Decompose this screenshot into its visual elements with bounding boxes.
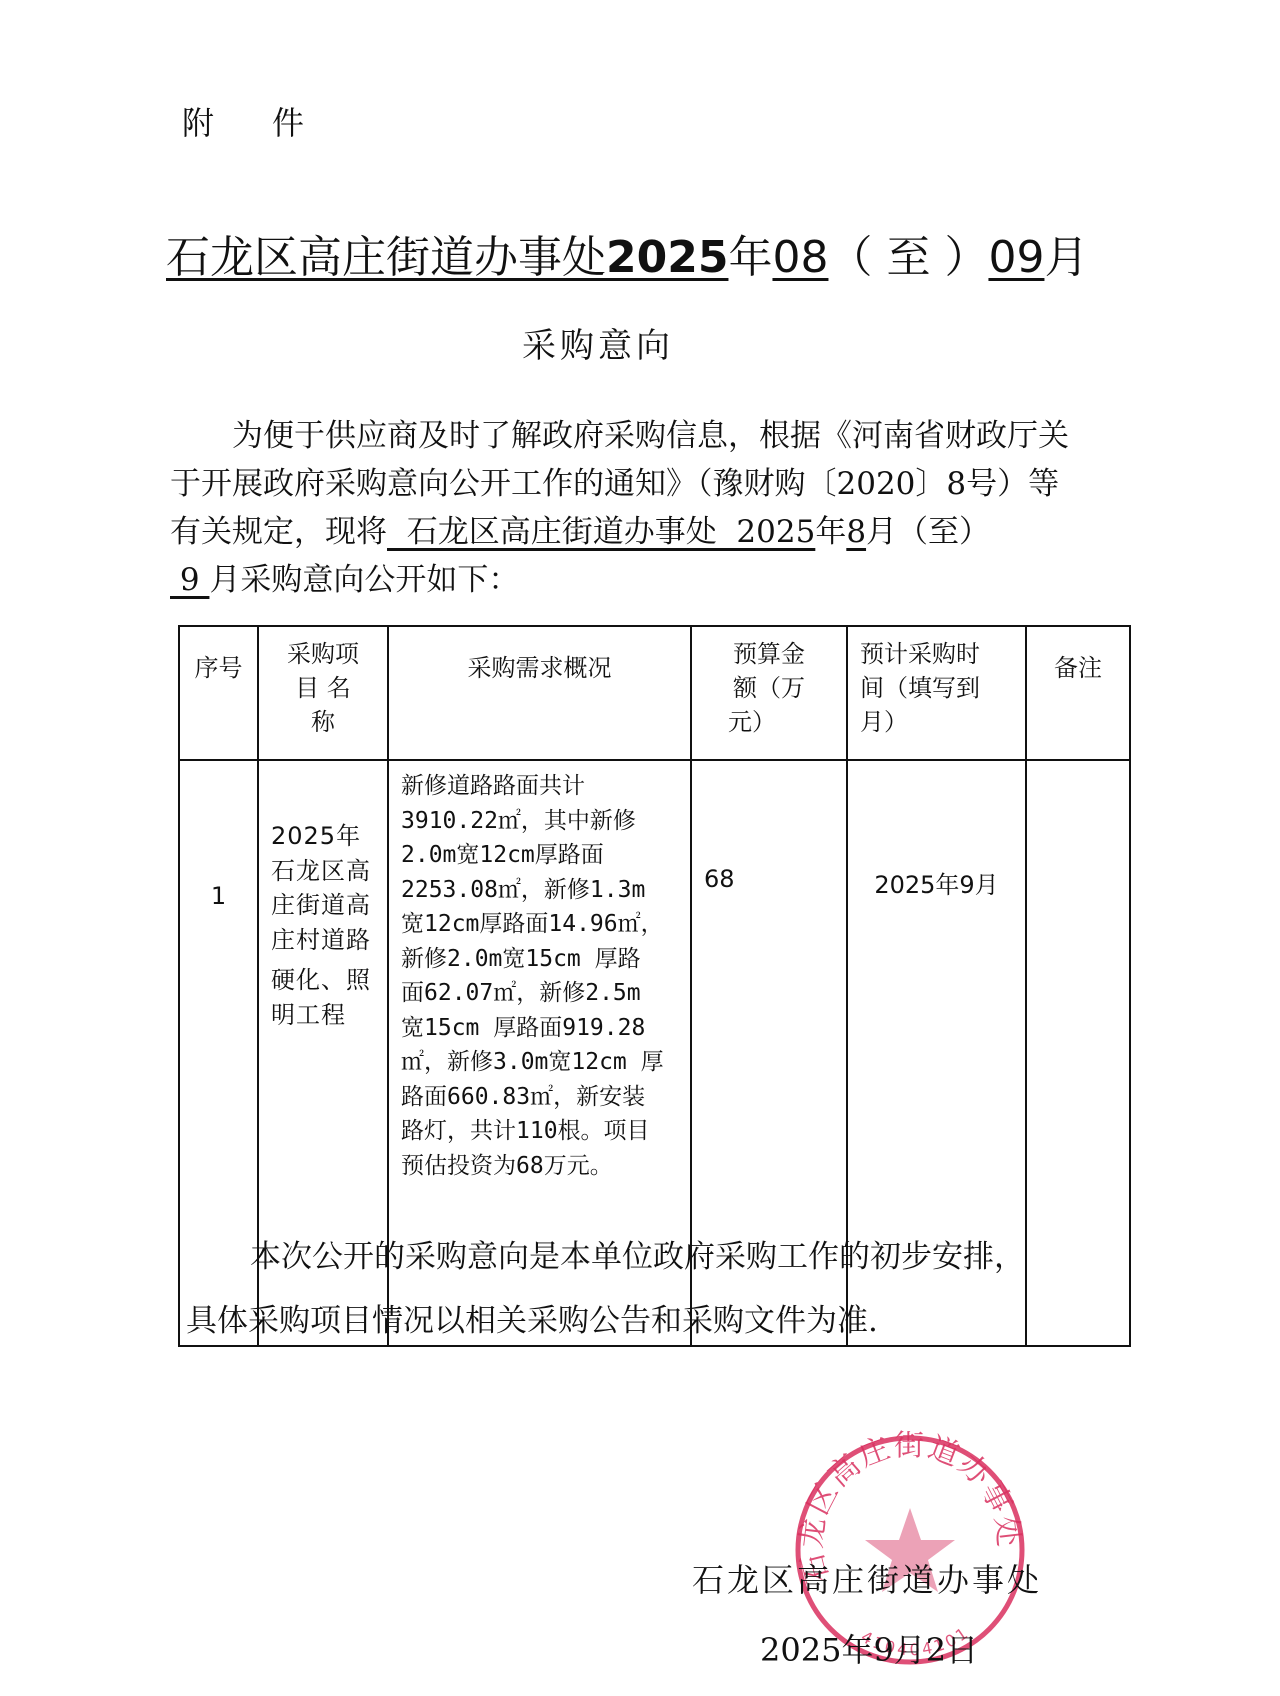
cell-index: 1 (179, 760, 258, 1346)
intro-line3-prefix: 有关规定，现将 (170, 514, 387, 550)
header-budget-line: 额（万 (692, 671, 846, 705)
project-name-line: 庄街道高 (271, 888, 383, 923)
intro-line-2: 于开展政府采购意向公开工作的通知》（豫财购〔2020〕8号）等 (170, 460, 1130, 508)
header-budget-line: 预算金 (692, 637, 846, 671)
requirements-line: 路灯，共计110根。项目 (401, 1114, 684, 1149)
title-end-month: 09 (988, 232, 1044, 283)
attachment-char-1: 附 (182, 104, 214, 142)
header-budget-line: 元） (692, 705, 846, 739)
header-time-line: 间（填写到 (860, 671, 1025, 705)
project-name-line: 庄村道路 (271, 923, 383, 958)
intro-line-4: 9 月采购意向公开如下： (170, 556, 1130, 604)
title-between: （ 至 ） (828, 232, 988, 283)
requirements-line: 宽15cm 厚路面919.28 (401, 1011, 684, 1046)
intro-line3-suffix: 月（至） (866, 514, 990, 550)
requirements-line: 面62.07㎡，新修2.5m (401, 976, 684, 1011)
project-name-line: 2025年 (271, 819, 383, 854)
project-name-line: 明工程 (271, 998, 383, 1033)
header-project-name-line: 采购项 (259, 637, 387, 671)
document-subtitle: 采购意向 (522, 318, 674, 367)
requirements-line: 2253.08㎡，新修1.3m (401, 873, 684, 908)
requirements-line: 3910.22㎡，其中新修 (401, 804, 684, 839)
intro-paragraph: 为便于供应商及时了解政府采购信息，根据《河南省财政厅关 于开展政府采购意向公开工… (170, 412, 1130, 604)
requirements-line: 新修2.0m宽15cm 厚路 (401, 942, 684, 977)
header-project-name: 采购项 目 名 称 (258, 626, 388, 760)
title-start-month: 08 (772, 232, 828, 283)
intro-year-suffix: 年 (815, 514, 846, 550)
intro-start-month: 8 (846, 514, 866, 550)
intro-filled-org: 石龙区高庄街道办事处 2025 (387, 514, 815, 550)
header-project-name-line: 目 名 (259, 671, 387, 705)
header-project-name-line: 称 (259, 705, 387, 739)
title-org: 石龙区高庄街道办事处 (166, 232, 606, 283)
cell-remarks (1026, 760, 1130, 1346)
header-time-line: 月） (860, 705, 1025, 739)
intro-line-3: 有关规定，现将 石龙区高庄街道办事处 2025年8月（至） (170, 508, 1130, 556)
requirements-line: 新修道路路面共计 (401, 769, 684, 804)
signature-date: 2025年9月2日 (760, 1625, 978, 1671)
closing-line-2: 具体采购项目情况以相关采购公告和采购文件为准. (186, 1290, 878, 1352)
header-index: 序号 (179, 626, 258, 760)
title-month-suffix: 月 (1044, 232, 1088, 283)
closing-line-1: 本次公开的采购意向是本单位政府采购工作的初步安排， (250, 1226, 1025, 1288)
intro-line-1: 为便于供应商及时了解政府采购信息，根据《河南省财政厅关 (170, 412, 1130, 460)
title-year-suffix: 年 (728, 232, 772, 283)
header-remarks: 备注 (1026, 626, 1130, 760)
project-name-line: 石龙区高 (271, 854, 383, 889)
attachment-char-2: 件 (272, 104, 304, 142)
attachment-label: 附件 (182, 98, 304, 144)
intro-end-month: 9 (170, 562, 209, 598)
requirements-line: 2.0m宽12cm厚路面 (401, 838, 684, 873)
requirements-line: 宽12cm厚路面14.96㎡， (401, 907, 684, 942)
title-year: 2025 (606, 232, 728, 283)
project-name-line: 硬化、照 (271, 963, 383, 998)
header-time: 预计采购时 间（填写到 月） (847, 626, 1026, 760)
requirements-line: 预估投资为68万元。 (401, 1149, 684, 1184)
requirements-line: ㎡，新修3.0m宽12cm 厚 (401, 1045, 684, 1080)
intro-line4-suffix: 月采购意向公开如下： (209, 562, 519, 598)
requirements-line: 路面660.83㎡，新安装 (401, 1080, 684, 1115)
table-header-row: 序号 采购项 目 名 称 采购需求概况 预算金 额（万 元） 预计采购时 间（填… (179, 626, 1130, 760)
document-title: 石龙区高庄街道办事处2025年08（ 至 ）09月 (166, 230, 1088, 286)
signature-org: 石龙区高庄街道办事处 (692, 1555, 1042, 1601)
header-time-line: 预计采购时 (860, 637, 1025, 671)
header-budget: 预算金 额（万 元） (691, 626, 847, 760)
header-requirements: 采购需求概况 (388, 626, 691, 760)
